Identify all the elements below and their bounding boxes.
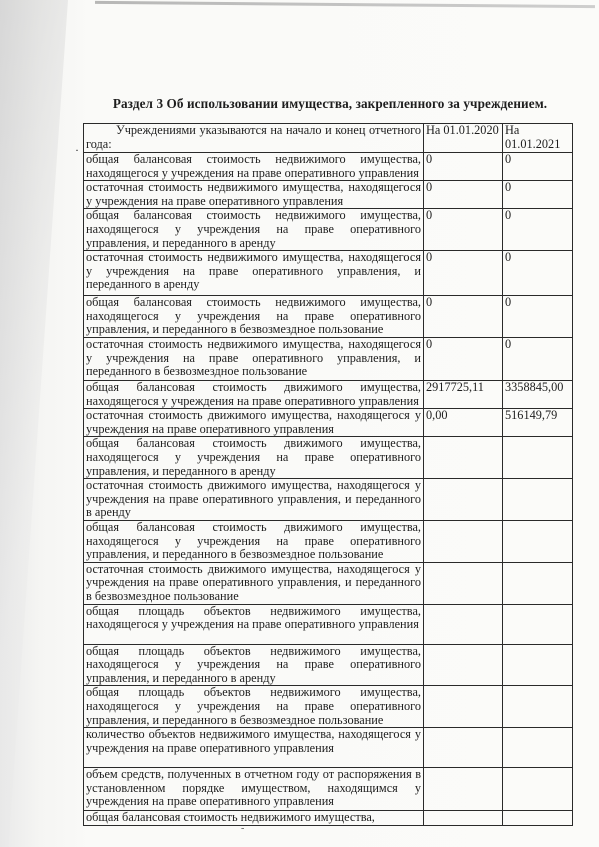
value-2021: 0: [503, 296, 573, 338]
scan-edge-line: [95, 1, 595, 8]
value-2021: [503, 728, 573, 768]
row-label: общая балансовая стоимость движимого иму…: [84, 380, 424, 408]
table-header-row: Учреждениями указываются на начало и кон…: [84, 124, 573, 153]
table-row: общая балансовая стоимость недвижимого и…: [84, 209, 573, 251]
table-row: остаточная стоимость движимого имущества…: [84, 562, 573, 604]
table-row: остаточная стоимость движимого имущества…: [84, 479, 573, 521]
value-2020: [424, 604, 503, 644]
header-label: Учреждениями указываются на начало и кон…: [84, 124, 424, 153]
value-2021: [503, 562, 573, 604]
value-2020: 0: [424, 296, 503, 338]
value-2020: [424, 686, 503, 728]
property-usage-table: Учреждениями указываются на начало и кон…: [83, 123, 573, 826]
value-2021: 0: [503, 209, 573, 251]
table-row: общая площадь объектов недвижимого имуще…: [84, 644, 573, 686]
row-label: общая площадь объектов недвижимого имуще…: [84, 644, 424, 686]
row-label: общая балансовая стоимость движимого иму…: [84, 521, 424, 563]
table-row: остаточная стоимость недвижимого имущест…: [84, 181, 573, 209]
row-label: остаточная стоимость движимого имущества…: [84, 409, 424, 437]
value-2020: [424, 437, 503, 479]
stray-mark-bottom: -: [241, 823, 244, 834]
value-2020: 0,00: [424, 409, 503, 437]
value-2021: 0: [503, 181, 573, 209]
value-2021: 0: [503, 153, 573, 181]
value-2021: [503, 479, 573, 521]
value-2020: 0: [424, 337, 503, 380]
row-label: общая площадь объектов недвижимого имуще…: [84, 686, 424, 728]
value-2021: [503, 686, 573, 728]
table-row: общая балансовая стоимость недвижимого и…: [84, 811, 573, 826]
stray-mark: ·: [75, 143, 79, 158]
value-2020: [424, 644, 503, 686]
header-date-2021: На 01.01.2021: [503, 124, 573, 153]
value-2020: 0: [424, 209, 503, 251]
value-2020: [424, 768, 503, 811]
table-row: объем средств, полученных в отчетном год…: [84, 768, 573, 811]
table-row: общая площадь объектов недвижимого имуще…: [84, 686, 573, 728]
table-row: остаточная стоимость недвижимого имущест…: [84, 337, 573, 380]
row-label: общая балансовая стоимость движимого иму…: [84, 437, 424, 479]
table-row: общая балансовая стоимость недвижимого и…: [84, 153, 573, 181]
value-2021: 0: [503, 337, 573, 380]
scanned-page: Раздел 3 Об использовании имущества, зак…: [0, 0, 599, 847]
value-2021: 3358845,00: [503, 380, 573, 408]
table-row: общая балансовая стоимость движимого иму…: [84, 521, 573, 563]
value-2020: [424, 811, 503, 826]
row-label: остаточная стоимость недвижимого имущест…: [84, 251, 424, 296]
value-2020: [424, 562, 503, 604]
row-label: количество объектов недвижимого имуществ…: [84, 728, 424, 768]
value-2021: [503, 604, 573, 644]
value-2021: [503, 811, 573, 826]
value-2021: [503, 437, 573, 479]
value-2020: [424, 521, 503, 563]
value-2020: [424, 479, 503, 521]
value-2021: 0: [503, 251, 573, 296]
value-2020: 2917725,11: [424, 380, 503, 408]
section-title: Раздел 3 Об использовании имущества, зак…: [100, 96, 560, 112]
row-label: остаточная стоимость движимого имущества…: [84, 479, 424, 521]
table-row: общая площадь объектов недвижимого имуще…: [84, 604, 573, 644]
table-row: общая балансовая стоимость движимого иму…: [84, 380, 573, 408]
value-2020: 0: [424, 153, 503, 181]
value-2021: [503, 644, 573, 686]
value-2020: 0: [424, 181, 503, 209]
row-label: общая балансовая стоимость недвижимого и…: [84, 153, 424, 181]
header-date-2020: На 01.01.2020: [424, 124, 503, 153]
value-2020: 0: [424, 251, 503, 296]
value-2021: [503, 521, 573, 563]
table-row: остаточная стоимость движимого имущества…: [84, 409, 573, 437]
page-fold-shadow: [0, 0, 85, 847]
value-2021: [503, 768, 573, 811]
row-label: общая балансовая стоимость недвижимого и…: [84, 811, 424, 826]
row-label: объем средств, полученных в отчетном год…: [84, 768, 424, 811]
table-row: общая балансовая стоимость движимого иму…: [84, 437, 573, 479]
row-label: общая балансовая стоимость недвижимого и…: [84, 296, 424, 338]
table-row: остаточная стоимость недвижимого имущест…: [84, 251, 573, 296]
row-label: остаточная стоимость недвижимого имущест…: [84, 181, 424, 209]
row-label: общая площадь объектов недвижимого имуще…: [84, 604, 424, 644]
table-row: количество объектов недвижимого имуществ…: [84, 728, 573, 768]
row-label: остаточная стоимость недвижимого имущест…: [84, 337, 424, 380]
value-2020: [424, 728, 503, 768]
value-2021: 516149,79: [503, 409, 573, 437]
row-label: остаточная стоимость движимого имущества…: [84, 562, 424, 604]
table-row: общая балансовая стоимость недвижимого и…: [84, 296, 573, 338]
row-label: общая балансовая стоимость недвижимого и…: [84, 209, 424, 251]
